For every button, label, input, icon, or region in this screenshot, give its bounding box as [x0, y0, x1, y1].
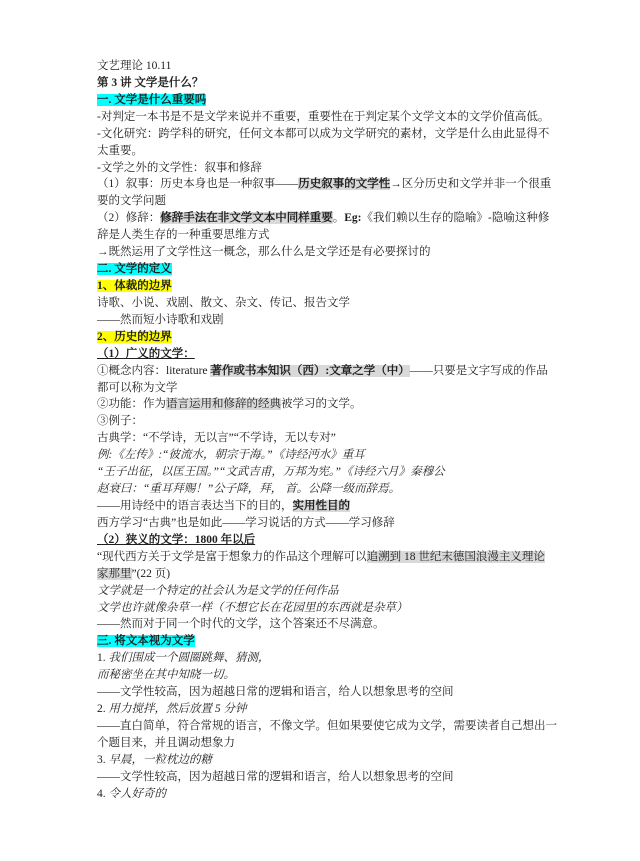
document-content: 文艺理论 10.11第 3 讲 文学是什么？一. 文学是什么重要吗-对判定一本书…: [97, 58, 567, 803]
doc-line: 一. 文学是什么重要吗: [97, 92, 567, 109]
text-run: -文化研究：跨学科的研究，任何文本都可以成为文学研究的素材，文学是什么由此显得不: [97, 128, 549, 140]
doc-line: ①概念内容：literature 著作或书本知识（西）:文章之学（中）——只要是…: [97, 363, 567, 380]
text-run: 历史叙事的文学性: [298, 178, 390, 190]
doc-line: ——文学性较高，因为超越日常的逻辑和语言，给人以想象思考的空间: [97, 769, 567, 786]
doc-line: 都可以称为文学: [97, 380, 567, 397]
text-run: 个题目来，并且调动想象力: [97, 737, 235, 749]
text-run: （2）狭义的文学：1800 年以后: [97, 534, 255, 546]
doc-line: ——然而对于同一个时代的文学，这个答案还不尽满意。: [97, 616, 567, 633]
doc-line: 而秘密坐在其中知晓一切。: [97, 667, 567, 684]
text-run: 第 3 讲 文学是什么？: [97, 77, 203, 89]
doc-line: （2）修辞：修辞手法在非文学文本中同样重要。Eg:《我们赖以生存的隐喻》-隐喻这…: [97, 210, 567, 227]
doc-line: 个题目来，并且调动想象力: [97, 735, 567, 752]
doc-line: “王子出征，以匡王国。”“文武吉甫，万邦为宪。”《诗经六月》秦穆公: [97, 464, 567, 481]
doc-line: 古典学：“不学诗，无以言”“不学诗，无以专对”: [97, 430, 567, 447]
text-run: 著作或书本知识（西）:文章之学（中）: [210, 365, 409, 377]
text-run: 家那里: [97, 568, 132, 580]
text-run: “王子出征，以匡王国。”“文武吉甫，万邦为宪。”《诗经六月》秦穆公: [97, 466, 445, 478]
doc-line: 西方学习“古典”也是如此——学习说话的方式——学习修辞: [97, 515, 567, 532]
text-run: ②功能：作为: [97, 398, 166, 410]
text-run: 1.: [97, 652, 109, 664]
text-run: 二. 文学的定义: [97, 263, 172, 275]
text-run: 一. 文学是什么重要吗: [97, 94, 206, 106]
text-run: -对判定一本书是不是文学来说并不重要，重要性在于判定某个文学文本的文学价值高低。: [97, 111, 549, 123]
text-run: 辞是人类生存的一种重要思维方式: [97, 229, 270, 241]
doc-line: 二. 文学的定义: [97, 261, 567, 278]
doc-line: 2、历史的边界: [97, 329, 567, 346]
doc-line: 1、体裁的边界: [97, 278, 567, 295]
doc-line: -对判定一本书是不是文学来说并不重要，重要性在于判定某个文学文本的文学价值高低。: [97, 109, 567, 126]
text-run: 。: [333, 212, 345, 224]
doc-line: 赵衰曰：“重耳拜赐！”公子降，拜， 首。公降一级而辞焉。: [97, 481, 567, 498]
text-run: 文艺理论 10.11: [97, 60, 171, 72]
doc-line: 文艺理论 10.11: [97, 58, 567, 75]
doc-line: ——直白简单，符合常规的语言，不像文学。但如果要使它成为文学，需要读者自己想出一: [97, 718, 567, 735]
doc-line: 要的文学问题: [97, 193, 567, 210]
text-run: “现代西方关于文学是富于想象力的作品这个理解可以: [97, 551, 367, 563]
text-run: 2.: [97, 703, 109, 715]
text-run: 要的文学问题: [97, 195, 166, 207]
doc-line: 家那里”(22 页): [97, 566, 567, 583]
text-run: 我们围成一个圆圈跳舞、猜测，: [109, 652, 270, 664]
doc-line: →既然运用了文学性这一概念，那么什么是文学还是有必要探讨的: [97, 244, 567, 261]
doc-line: 三. 将文本视为文学: [97, 633, 567, 650]
text-run: 4.: [97, 788, 109, 800]
text-run: 《我们赖以生存的隐喻》-隐喻这种修: [362, 212, 550, 224]
text-run: 修辞手法在非文学文本中同样重要: [160, 212, 333, 224]
text-run: 2、历史的边界: [97, 331, 172, 343]
text-run: ——然而对于同一个时代的文学，这个答案还不尽满意。: [97, 618, 385, 630]
doc-line: 太重要。: [97, 143, 567, 160]
text-run: ——然而短小诗歌和戏剧: [97, 314, 224, 326]
text-run: ——直白简单，符合常规的语言，不像文学。但如果要使它成为文学，需要读者自己想出一: [97, 720, 557, 732]
doc-line: 辞是人类生存的一种重要思维方式: [97, 227, 567, 244]
text-run: 早晨，一粒枕边的糖: [109, 754, 213, 766]
text-run: 三. 将文本视为文学: [97, 635, 195, 647]
text-run: Eg:: [344, 212, 361, 224]
doc-line: 1. 我们围成一个圆圈跳舞、猜测，: [97, 650, 567, 667]
doc-line: 例:《左传》:“彼流水，朝宗于海。”《诗经沔水》重耳: [97, 447, 567, 464]
text-run: 而秘密坐在其中知晓一切。: [97, 669, 235, 681]
text-run: （2）修辞：: [97, 212, 160, 224]
doc-line: 2. 用力搅拌，然后放置 5 分钟: [97, 701, 567, 718]
text-run: -文学之外的文学性：叙事和修辞: [97, 162, 262, 174]
text-run: 诗歌、小说、戏剧、散文、杂文、传记、报告文学: [97, 297, 350, 309]
text-run: （1）广义的文学：: [97, 348, 195, 360]
doc-line: ——文学性较高，因为超越日常的逻辑和语言，给人以想象思考的空间: [97, 684, 567, 701]
text-run: 令人好奇的: [109, 788, 167, 800]
text-run: ③例子：: [97, 415, 143, 427]
text-run: 例:《左传》:“彼流水，朝宗于海。”《诗经沔水》重耳: [97, 449, 365, 461]
text-run: →区分历史和文学并非一个很重: [390, 178, 551, 190]
doc-line: ——用诗经中的语言表达当下的目的，实用性目的: [97, 498, 567, 515]
text-run: 太重要。: [97, 145, 143, 157]
doc-line: （2）狭义的文学：1800 年以后: [97, 532, 567, 549]
doc-line: ②功能：作为语言运用和修辞的经典被学习的文学。: [97, 396, 567, 413]
doc-line: -文化研究：跨学科的研究，任何文本都可以成为文学研究的素材，文学是什么由此显得不: [97, 126, 567, 143]
text-run: 3.: [97, 754, 109, 766]
text-run: ——用诗经中的语言表达当下的目的，: [97, 500, 293, 512]
text-run: ——文学性较高，因为超越日常的逻辑和语言，给人以想象思考的空间: [97, 771, 454, 783]
text-run: 古典学：“不学诗，无以言”“不学诗，无以专对”: [97, 432, 336, 444]
text-run: 追溯到 18 世纪末德国浪漫主义理论: [367, 551, 545, 563]
doc-line: 诗歌、小说、戏剧、散文、杂文、传记、报告文学: [97, 295, 567, 312]
text-run: 文学就是一个特定的社会认为是文学的任何作品: [97, 585, 339, 597]
text-run: →既然运用了文学性这一概念，那么什么是文学还是有必要探讨的: [97, 246, 431, 258]
doc-line: ——然而短小诗歌和戏剧: [97, 312, 567, 329]
doc-line: （1）广义的文学：: [97, 346, 567, 363]
text-run: 文学也许就像杂草一样（不想它长在花园里的东西就是杂草）: [97, 602, 408, 614]
text-run: ——文学性较高，因为超越日常的逻辑和语言，给人以想象思考的空间: [97, 686, 454, 698]
doc-line: 第 3 讲 文学是什么？: [97, 75, 567, 92]
text-run: 西方学习“古典”也是如此——学习说话的方式——学习修辞: [97, 517, 395, 529]
doc-line: 3. 早晨，一粒枕边的糖: [97, 752, 567, 769]
text-run: 用力搅拌，然后放置 5 分钟: [109, 703, 247, 715]
text-run: ——只要是文字写成的作品: [410, 365, 548, 377]
doc-line: 文学也许就像杂草一样（不想它长在花园里的东西就是杂草）: [97, 600, 567, 617]
text-run: ”(22 页): [132, 568, 171, 580]
text-run: 1、体裁的边界: [97, 280, 172, 292]
doc-line: ③例子：: [97, 413, 567, 430]
text-run: ①概念内容：literature: [97, 365, 210, 377]
doc-line: 文学就是一个特定的社会认为是文学的任何作品: [97, 583, 567, 600]
text-run: 语言运用和修辞的经典: [166, 398, 281, 410]
text-run: 都可以称为文学: [97, 382, 178, 394]
text-run: （1）叙事：历史本身也是一种叙事——: [97, 178, 298, 190]
doc-line: “现代西方关于文学是富于想象力的作品这个理解可以追溯到 18 世纪末德国浪漫主义…: [97, 549, 567, 566]
text-run: 赵衰曰：“重耳拜赐！”公子降，拜， 首。公降一级而辞焉。: [97, 483, 400, 495]
document-page: 文艺理论 10.11第 3 讲 文学是什么？一. 文学是什么重要吗-对判定一本书…: [0, 0, 640, 861]
doc-line: 4. 令人好奇的: [97, 786, 567, 803]
text-run: 被学习的文学。: [281, 398, 362, 410]
doc-line: -文学之外的文学性：叙事和修辞: [97, 160, 567, 177]
doc-line: （1）叙事：历史本身也是一种叙事——历史叙事的文学性→区分历史和文学并非一个很重: [97, 176, 567, 193]
text-run: 实用性目的: [293, 500, 351, 512]
